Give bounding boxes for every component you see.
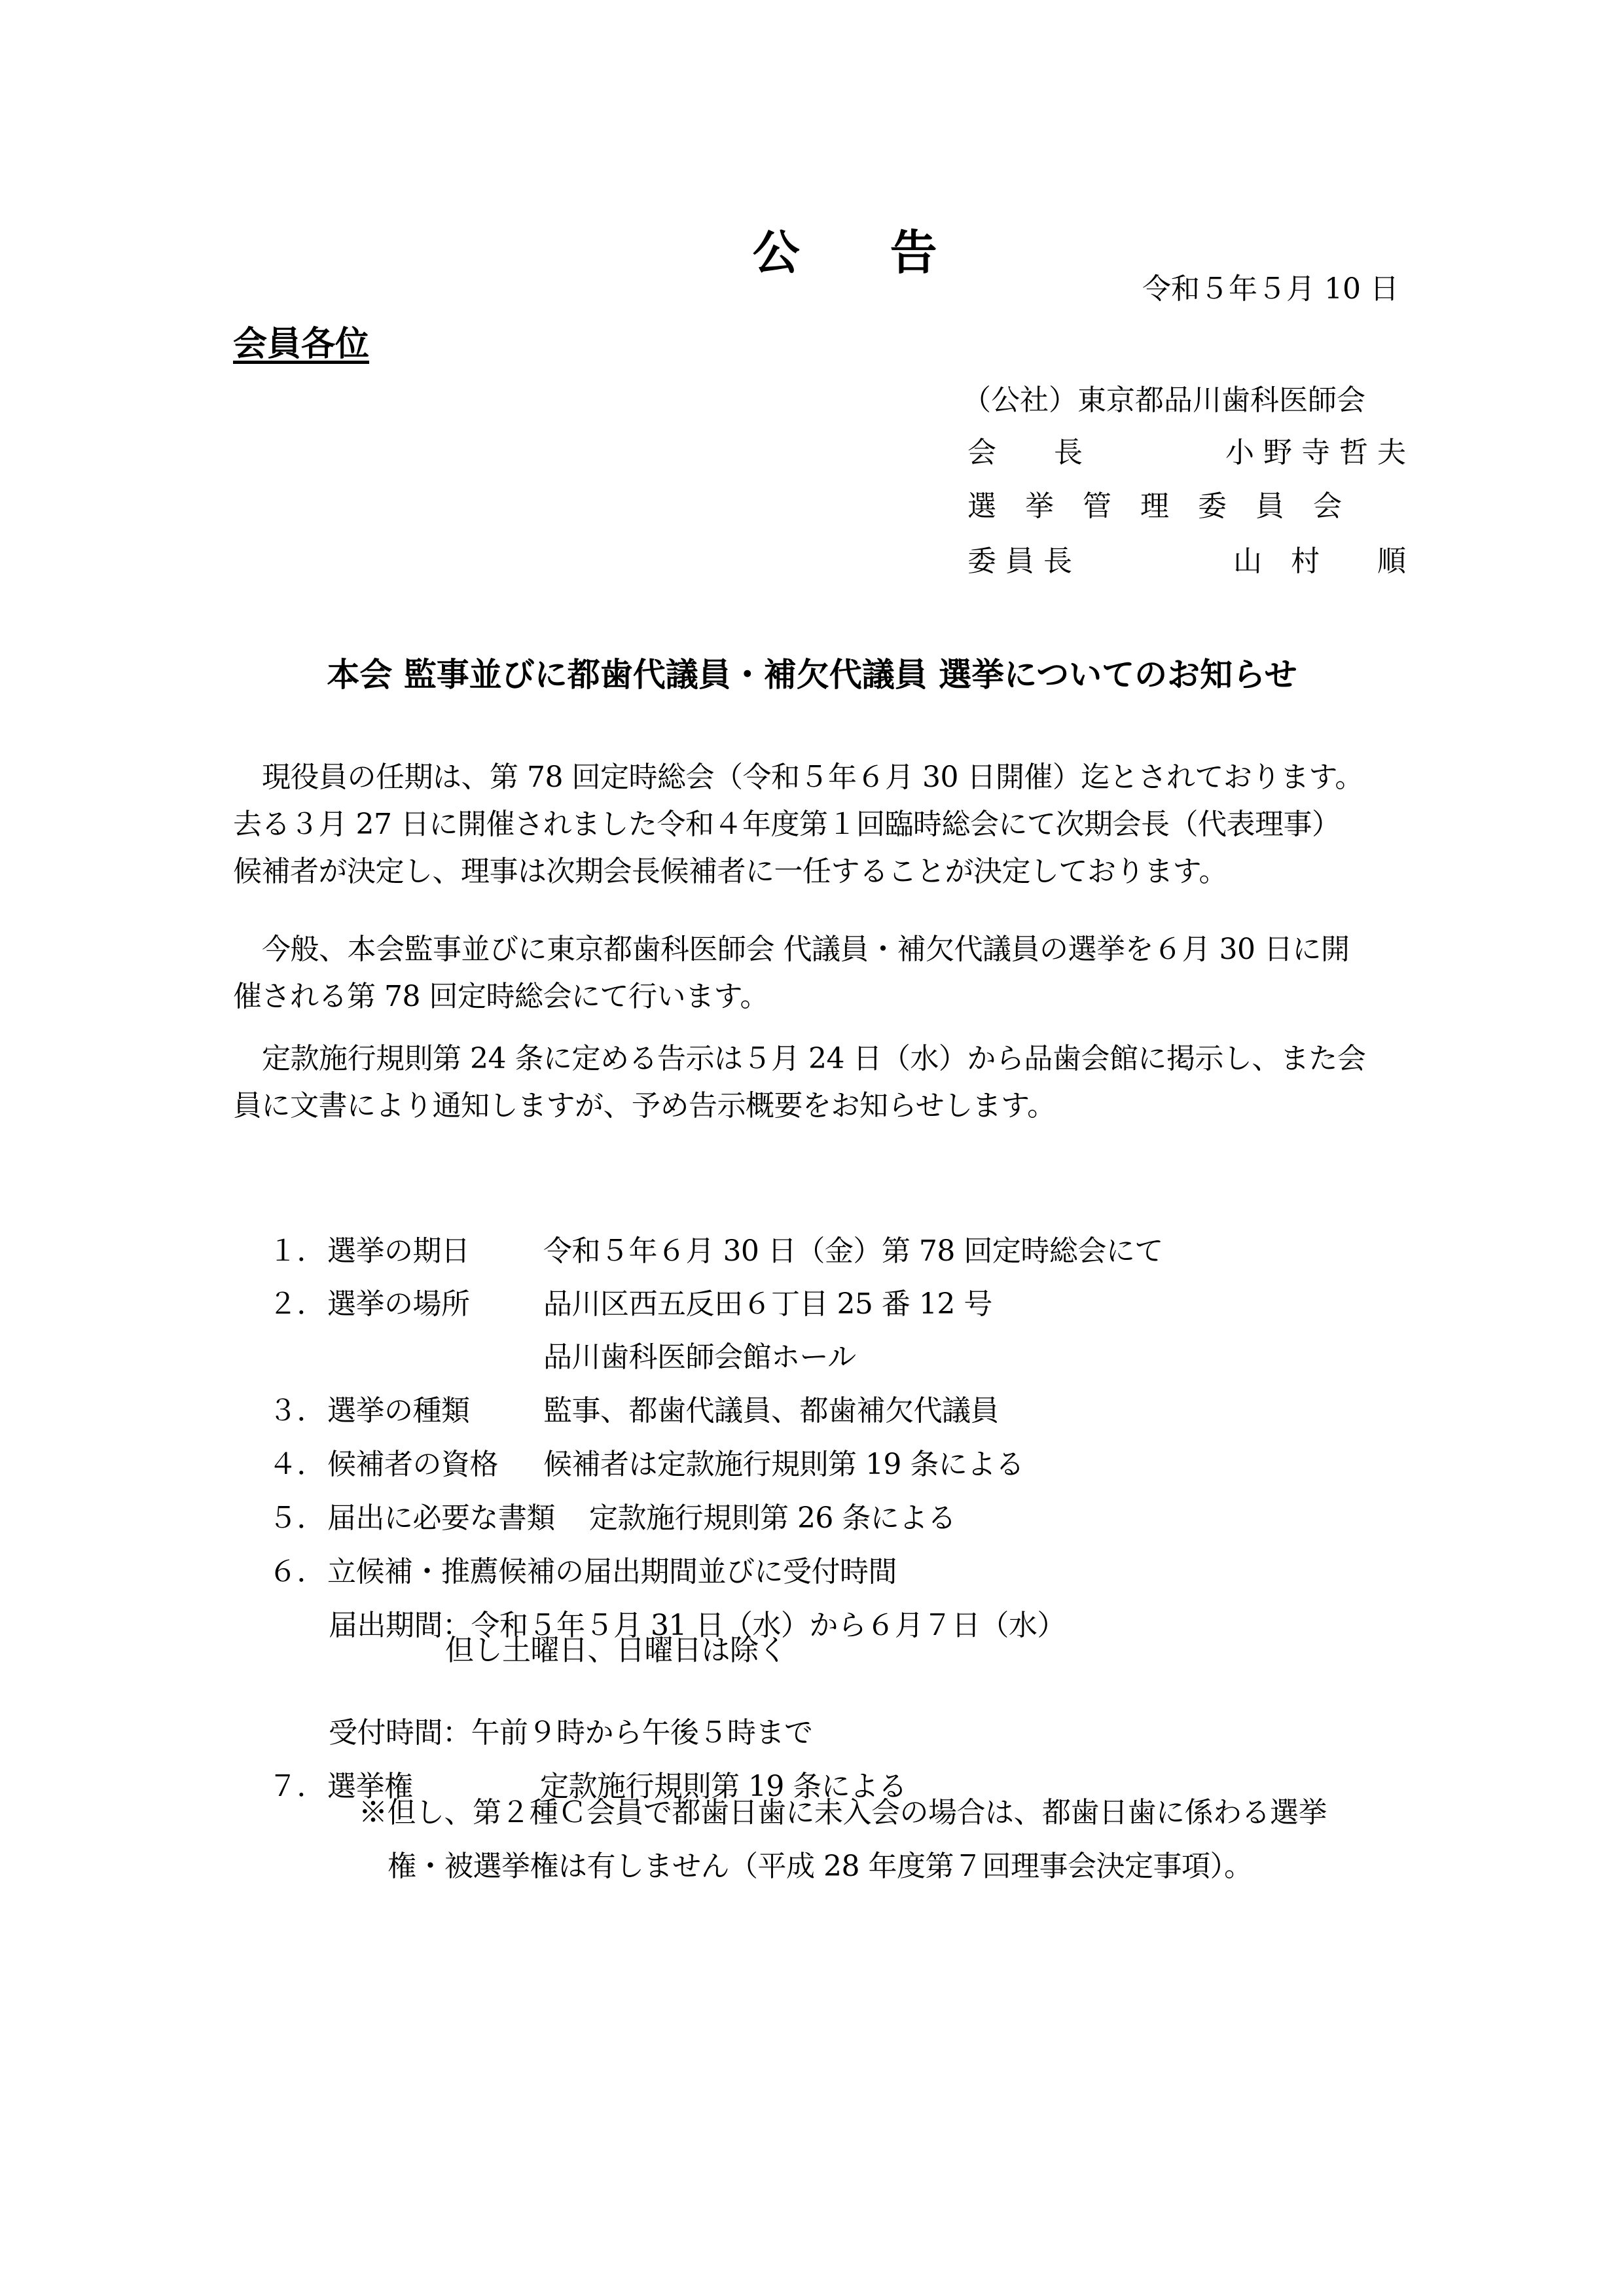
title-char-2: 告 — [890, 225, 937, 280]
note-line: 権・被選挙権は有しません（平成 28 年度第７回理事会決定事項）。 — [388, 1852, 1252, 1881]
note-line: ※但し、第２種Ｃ会員で都歯日歯に未入会の場合は、都歯日歯に係わる選挙 — [359, 1799, 1327, 1827]
body-line: 催される第 78 回定時総会にて行います。 — [233, 982, 1398, 1011]
sender-role: 会 長 — [967, 439, 1083, 467]
sender-election-committee: 選 挙 管 理 委 員 会 — [967, 492, 1360, 521]
document-page: 公告 令和５年５月 10 日 会員各位 （公社）東京都品川歯科医師会 会 長 小… — [0, 0, 1624, 2296]
body-line: 候補者が決定し、理事は次期会長候補者に一任することが決定しております。 — [233, 857, 1398, 886]
sender-organization: （公社）東京都品川歯科医師会 — [962, 386, 1365, 415]
filing-period-exclusion: 但し土曜日、日曜日は除く — [445, 1636, 787, 1665]
sender-role: 選 挙 管 理 委 員 会 — [967, 492, 1342, 521]
sender-name: 小 野 寺 哲 夫 — [1225, 439, 1406, 467]
body-line: 去る３月 27 日に開催されました令和４年度第１回臨時総会にて次期会長（代表理事… — [233, 810, 1398, 839]
sender-role: 委 員 長 — [967, 547, 1072, 576]
body-line: 今般、本会監事並びに東京都歯科医師会 代議員・補欠代議員の選挙を６月 30 日に… — [233, 935, 1427, 964]
sender-committee-chair: 委 員 長 山 村 順 — [967, 547, 1406, 576]
sender-name: 山 村 順 — [1233, 547, 1406, 576]
sender-president: 会 長 小 野 寺 哲 夫 — [967, 439, 1406, 467]
title-char-1: 公 — [753, 225, 800, 280]
body-line: 定款施行規則第 24 条に定める告示は５月 24 日（水）から品歯会館に掲示し、… — [233, 1045, 1427, 1073]
body-line: 員に文書により通知しますが、予め告示概要をお知らせします。 — [233, 1092, 1398, 1121]
subject-heading: 本会 監事並びに都歯代議員・補欠代議員 選挙についてのお知らせ — [0, 658, 1624, 691]
addressee: 会員各位 — [233, 327, 369, 361]
body-line: 現役員の任期は、第 78 回定時総会（令和５年６月 30 日開催）迄とされており… — [233, 763, 1427, 792]
issue-date: 令和５年５月 10 日 — [1142, 275, 1399, 304]
